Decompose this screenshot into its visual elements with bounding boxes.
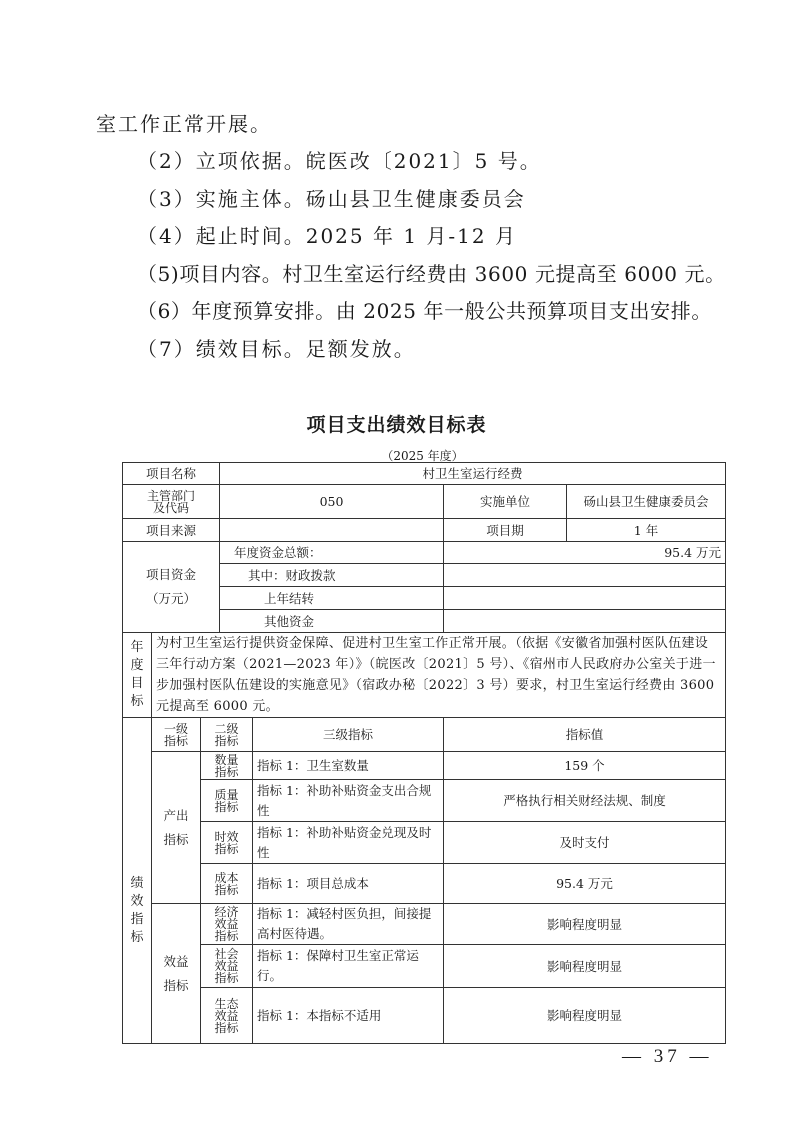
project-name-value: 村卫生室运行经费 <box>220 463 726 485</box>
funds-fiscal-value <box>444 564 726 587</box>
body-paragraph: （5)项目内容。村卫生室运行经费由 3600 元提高至 6000 元。 <box>137 262 726 286</box>
impl-unit-value: 砀山县卫生健康委员会 <box>567 485 726 519</box>
dept-code-value: 050 <box>220 485 444 519</box>
dept-label: 主管部门及代码 <box>123 485 220 519</box>
source-label: 项目来源 <box>123 519 220 542</box>
output-indicator-group: 产出指标 <box>152 752 201 904</box>
indicator-value: 95.4 万元 <box>444 864 726 904</box>
performance-indicator-label: 绩效指标 <box>123 718 152 1044</box>
funds-carryover-value <box>444 587 726 610</box>
indicator-value: 影响程度明显 <box>444 945 726 988</box>
benefit-indicator-group: 效益指标 <box>152 904 201 1044</box>
body-paragraph: （6）年度预算安排。由 2025 年一般公共预算项目支出安排。 <box>137 299 712 323</box>
level2-quality: 质量指标 <box>201 780 253 822</box>
header-level1: 一级指标 <box>152 718 201 752</box>
page-number: — 37 — <box>622 1046 713 1068</box>
header-value: 指标值 <box>444 718 726 752</box>
header-level2: 二级指标 <box>201 718 253 752</box>
period-value: 1 年 <box>567 519 726 542</box>
performance-target-table: 项目名称 村卫生室运行经费 主管部门及代码 050 实施单位 砀山县卫生健康委员… <box>122 462 726 1044</box>
level2-timeliness: 时效指标 <box>201 822 253 864</box>
level3-indicator: 指标 1：补助补贴资金支出合规性 <box>253 780 444 822</box>
level3-indicator: 指标 1：减轻村医负担，间接提高村医待遇。 <box>253 904 444 945</box>
funds-other-label: 其他资金 <box>220 610 444 633</box>
level2-economic-benefit: 经济效益指标 <box>201 904 253 945</box>
funds-fiscal-label: 其中：财政拨款 <box>220 564 444 587</box>
level2-quantity: 数量指标 <box>201 752 253 780</box>
period-label: 项目期 <box>444 519 567 542</box>
funds-other-value <box>444 610 726 633</box>
level2-social-benefit: 社会效益指标 <box>201 945 253 988</box>
level3-indicator: 指标 1：补助补贴资金兑现及时性 <box>253 822 444 864</box>
indicator-value: 影响程度明显 <box>444 988 726 1044</box>
level3-indicator: 指标 1：项目总成本 <box>253 864 444 904</box>
body-paragraph: （4）起止时间。2025 年 1 月-12 月 <box>137 224 517 248</box>
funds-carryover-label: 上年结转 <box>220 587 444 610</box>
indicator-value: 及时支付 <box>444 822 726 864</box>
funds-label: 项目资金（万元） <box>123 542 220 633</box>
header-level3: 三级指标 <box>253 718 444 752</box>
level2-cost: 成本指标 <box>201 864 253 904</box>
annual-goal-text: 为村卫生室运行提供资金保障、促进村卫生室工作正常开展。（依据《安徽省加强村医队伍… <box>152 633 726 718</box>
indicator-value: 影响程度明显 <box>444 904 726 945</box>
level3-indicator: 指标 1：本指标不适用 <box>253 988 444 1044</box>
table-title: 项目支出绩效目标表 <box>0 410 793 437</box>
body-paragraph: （2）立项依据。皖医改〔2021〕5 号。 <box>137 149 542 173</box>
annual-goal-label: 年度目标 <box>123 633 152 718</box>
level3-indicator: 指标 1：保障村卫生室正常运行。 <box>253 945 444 988</box>
funds-total-value: 95.4 万元 <box>444 542 726 564</box>
body-paragraph: 室工作正常开展。 <box>96 112 272 136</box>
source-value <box>220 519 444 542</box>
impl-unit-label: 实施单位 <box>444 485 567 519</box>
level3-indicator: 指标 1：卫生室数量 <box>253 752 444 780</box>
funds-total-label: 年度资金总额： <box>220 542 444 564</box>
indicator-value: 严格执行相关财经法规、制度 <box>444 780 726 822</box>
project-name-label: 项目名称 <box>123 463 220 485</box>
body-paragraph: （3）实施主体。砀山县卫生健康委员会 <box>137 187 526 211</box>
level2-ecological-benefit: 生态效益指标 <box>201 988 253 1044</box>
indicator-value: 159 个 <box>444 752 726 780</box>
body-paragraph: （7）绩效目标。足额发放。 <box>137 337 416 361</box>
